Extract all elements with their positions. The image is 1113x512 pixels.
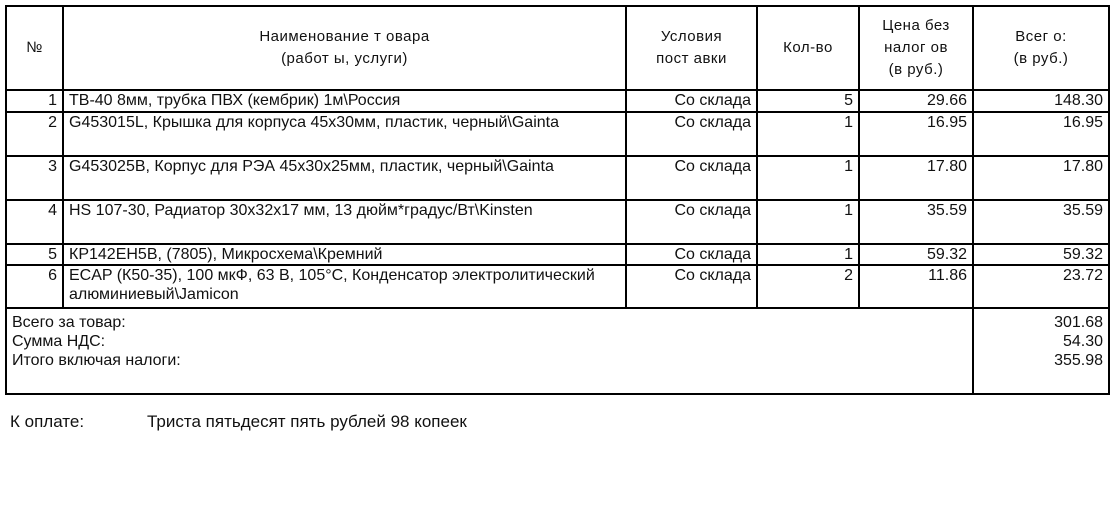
row-quantity: 1 bbox=[757, 156, 859, 200]
grand-total-label: Итого включая налоги: bbox=[12, 351, 967, 370]
row-name: КР142ЕН5В, (7805), Микросхема\Кремний bbox=[63, 244, 626, 265]
table-row: 4 HS 107-30, Радиатор 30x32x17 мм, 13 дю… bbox=[6, 200, 1109, 244]
row-price: 29.66 bbox=[859, 90, 973, 112]
row-num: 4 bbox=[6, 200, 63, 244]
row-conditions: Со склада bbox=[626, 156, 757, 200]
goods-total-value: 301.68 bbox=[979, 313, 1103, 332]
row-price: 35.59 bbox=[859, 200, 973, 244]
row-name: G453015L, Крышка для корпуса 45x30мм, пл… bbox=[63, 112, 626, 156]
row-quantity: 1 bbox=[757, 244, 859, 265]
vat-label: Сумма НДС: bbox=[12, 332, 967, 351]
table-row: 1 ТВ-40 8мм, трубка ПВХ (кембрик) 1м\Рос… bbox=[6, 90, 1109, 112]
row-conditions: Со склада bbox=[626, 200, 757, 244]
row-num: 6 bbox=[6, 265, 63, 308]
summary-labels: Всего за товар: Сумма НДС: Итого включая… bbox=[6, 308, 973, 394]
table-row: 5 КР142ЕН5В, (7805), Микросхема\Кремний … bbox=[6, 244, 1109, 265]
header-price: Цена безналог ов(в руб.) bbox=[859, 6, 973, 90]
table-row: 3 G453025B, Корпус для РЭА 45x30x25мм, п… bbox=[6, 156, 1109, 200]
summary-row: Всего за товар: Сумма НДС: Итого включая… bbox=[6, 308, 1109, 394]
row-name: G453025B, Корпус для РЭА 45x30x25мм, пла… bbox=[63, 156, 626, 200]
row-quantity: 5 bbox=[757, 90, 859, 112]
summary-values: 301.68 54.30 355.98 bbox=[973, 308, 1109, 394]
header-name: Наименование т овара(работ ы, услуги) bbox=[63, 6, 626, 90]
row-name: ECAP (К50-35), 100 мкФ, 63 В, 105°С, Кон… bbox=[63, 265, 626, 308]
invoice-table: № Наименование т овара(работ ы, услуги) … bbox=[5, 5, 1110, 395]
payment-line: К оплате:Триста пятьдесят пять рублей 98… bbox=[10, 412, 467, 432]
row-num: 5 bbox=[6, 244, 63, 265]
row-total: 17.80 bbox=[973, 156, 1109, 200]
row-name: ТВ-40 8мм, трубка ПВХ (кембрик) 1м\Росси… bbox=[63, 90, 626, 112]
table-row: 2 G453015L, Крышка для корпуса 45x30мм, … bbox=[6, 112, 1109, 156]
row-total: 59.32 bbox=[973, 244, 1109, 265]
row-name: HS 107-30, Радиатор 30x32x17 мм, 13 дюйм… bbox=[63, 200, 626, 244]
row-price: 11.86 bbox=[859, 265, 973, 308]
header-conditions: Условияпост авки bbox=[626, 6, 757, 90]
row-total: 16.95 bbox=[973, 112, 1109, 156]
row-total: 35.59 bbox=[973, 200, 1109, 244]
table-row: 6 ECAP (К50-35), 100 мкФ, 63 В, 105°С, К… bbox=[6, 265, 1109, 308]
row-price: 17.80 bbox=[859, 156, 973, 200]
row-price: 16.95 bbox=[859, 112, 973, 156]
payment-amount-words: Триста пятьдесят пять рублей 98 копеек bbox=[147, 412, 467, 431]
table-header-row: № Наименование т овара(работ ы, услуги) … bbox=[6, 6, 1109, 90]
row-num: 3 bbox=[6, 156, 63, 200]
header-quantity: Кол-во bbox=[757, 6, 859, 90]
row-quantity: 1 bbox=[757, 200, 859, 244]
row-num: 1 bbox=[6, 90, 63, 112]
row-conditions: Со склада bbox=[626, 244, 757, 265]
row-num: 2 bbox=[6, 112, 63, 156]
header-total: Всег о:(в руб.) bbox=[973, 6, 1109, 90]
header-num: № bbox=[6, 6, 63, 90]
row-conditions: Со склада bbox=[626, 90, 757, 112]
payment-label: К оплате: bbox=[10, 412, 147, 432]
row-quantity: 1 bbox=[757, 112, 859, 156]
row-total: 23.72 bbox=[973, 265, 1109, 308]
row-quantity: 2 bbox=[757, 265, 859, 308]
row-conditions: Со склада bbox=[626, 265, 757, 308]
grand-total-value: 355.98 bbox=[979, 351, 1103, 370]
row-price: 59.32 bbox=[859, 244, 973, 265]
row-total: 148.30 bbox=[973, 90, 1109, 112]
goods-total-label: Всего за товар: bbox=[12, 313, 967, 332]
vat-value: 54.30 bbox=[979, 332, 1103, 351]
row-conditions: Со склада bbox=[626, 112, 757, 156]
